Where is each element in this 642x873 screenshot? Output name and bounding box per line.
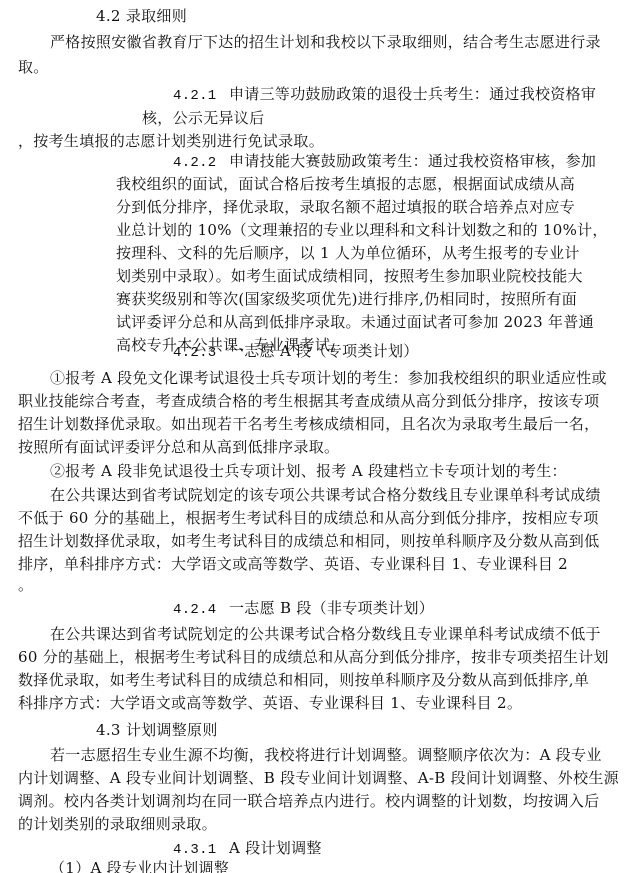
paragraph-line: 60 分的基础上，根据考生考试科目的成绩总和从高分到低分排序，按非专项类招生计划 <box>18 647 609 667</box>
subsection-title: 一志愿 A 段（专项类计划） <box>229 342 419 360</box>
paragraph-line: 取。 <box>18 57 49 77</box>
paragraph-line: 内计划调整、A 段专业间计划调整、B 段专业间计划调整、A-B 段间计划调整、外… <box>18 768 619 788</box>
paragraph-line: 严格按照安徽省教育厅下达的招生计划和我校以下录取细则，结合考生志愿进行录 <box>50 32 601 52</box>
paragraph-line: 招生计划数择优录取。如出现若干名考生考核成绩相同，且名次为录取考生最后一名， <box>18 414 599 434</box>
paragraph-line: 排序，单科排序方式：大学语文或高等数学、英语、专业课科目 1、专业课科目 2 <box>18 554 568 574</box>
paragraph-line: 职业技能综合考查，考查成绩合格的考生根据其考查成绩从高分到低分排序，按该专项 <box>18 391 599 411</box>
paragraph-line: 核，公示无异议后 <box>142 108 264 128</box>
paragraph-line: 。 <box>18 575 33 595</box>
paragraph-line: 在公共课达到省考试院划定的该专项公共课考试合格分数线且专业课单科考试成绩 <box>50 485 601 505</box>
paragraph-line: 若一志愿招生专业生源不均衡，我校将进行计划调整。调整顺序依次为：A 段专业 <box>50 745 602 765</box>
subsection-heading-4-2-1: 4.2.1申请三等功鼓励政策的退役士兵考生：通过我校资格审 <box>173 84 596 106</box>
paragraph-line: ①报考 A 段免文化课考试退役士兵专项计划的考生：参加我校组织的职业适应性或 <box>50 368 607 388</box>
paragraph-line: 调剂。校内各类计划调剂均在同一联合培养点内进行。校内调整的计划数，均按调入后 <box>18 791 599 811</box>
paragraph-line: 数择优录取，如考生考试科目的成绩总和相同，则按单科顺序及分数从高到低排序,单 <box>18 670 589 690</box>
section-number: 4.2.4 <box>173 600 229 620</box>
subsection-heading-4-2-2: 4.2.2申请技能大赛鼓励政策考生：通过我校资格审核，参加 <box>173 151 596 173</box>
section-number: 4.2.3 <box>173 343 229 363</box>
paragraph-line: 申请技能大赛鼓励政策考生：通过我校资格审核，参加 <box>229 152 596 170</box>
paragraph-line: 试评委评分总和从高到低排序录取。未通过面试者可参加 2023 年普通 <box>116 312 594 332</box>
paragraph-line: 按理科、文科的先后顺序，以 1 人为单位循环，从考生报考的专业计 <box>116 243 580 263</box>
paragraph-line: 赛获奖级别和等次(国家级奖项优先)进行排序,仍相同时，按照所有面 <box>116 289 577 309</box>
subsection-title: 一志愿 B 段（非专项类计划） <box>229 599 434 617</box>
paragraph-line: 的计划类别的录取细则录取。 <box>18 814 217 834</box>
section-number: 4.2.1 <box>173 86 229 106</box>
section-number: 4.3.1 <box>173 840 229 860</box>
paragraph-line: 申请三等功鼓励政策的退役士兵考生：通过我校资格审 <box>229 85 596 103</box>
paragraph-line: 划类别中录取）。如考生面试成绩相同，按照考生参加职业院校技能大 <box>116 266 583 286</box>
paragraph-line: 不低于 60 分的基础上，根据考生考试科目的成绩总和从高分到低分排序，按相应专项 <box>18 508 599 528</box>
subsection-title: A 段计划调整 <box>229 839 322 857</box>
subsection-heading-4-2-4: 4.2.4一志愿 B 段（非专项类计划） <box>173 598 434 620</box>
paragraph-line: 科排序方式：大学语文或高等数学、英语、专业课科目 1、专业课科目 2。 <box>18 693 522 713</box>
section-heading-4-2: 4.2 录取细则 <box>96 6 187 26</box>
paragraph-line: 我校组织的面试，面试合格后按考生填报的志愿，根据面试成绩从高 <box>116 174 575 194</box>
paragraph-line: ②报考 A 段非免试退役士兵专项计划、报考 A 段建档立卡专项计划的考生： <box>50 461 567 481</box>
subsection-heading-4-2-3: 4.2.3一志愿 A 段（专项类计划） <box>173 341 419 363</box>
paragraph-line: 分到低分排序，择优录取，录取名额不超过填报的联合培养点对应专 <box>116 197 575 217</box>
paragraph-line: 在公共课达到省考试院划定的公共课考试合格分数线且专业课单科考试成绩不低于 <box>50 624 601 644</box>
subsection-heading-4-3-1: 4.3.1A 段计划调整 <box>173 838 322 860</box>
paragraph-line: 招生计划数择优录取，如考生考试科目的成绩总和相同，则按单科顺序及分数从高到低 <box>18 531 599 551</box>
section-number: 4.2.2 <box>173 153 229 173</box>
section-heading-4-3: 4.3 计划调整原则 <box>96 720 218 740</box>
paragraph-line: 业总计划的 10%（文理兼招的专业以理科和文科计划数之和的 10%计， <box>116 220 608 240</box>
paragraph-line: ，按考生填报的志愿计划类别进行免试录取。 <box>18 131 324 151</box>
paragraph-line: （1）A 段专业内计划调整 <box>50 858 229 873</box>
paragraph-line: 按照所有面试评委评分总和从高到低排序录取。 <box>18 437 339 457</box>
